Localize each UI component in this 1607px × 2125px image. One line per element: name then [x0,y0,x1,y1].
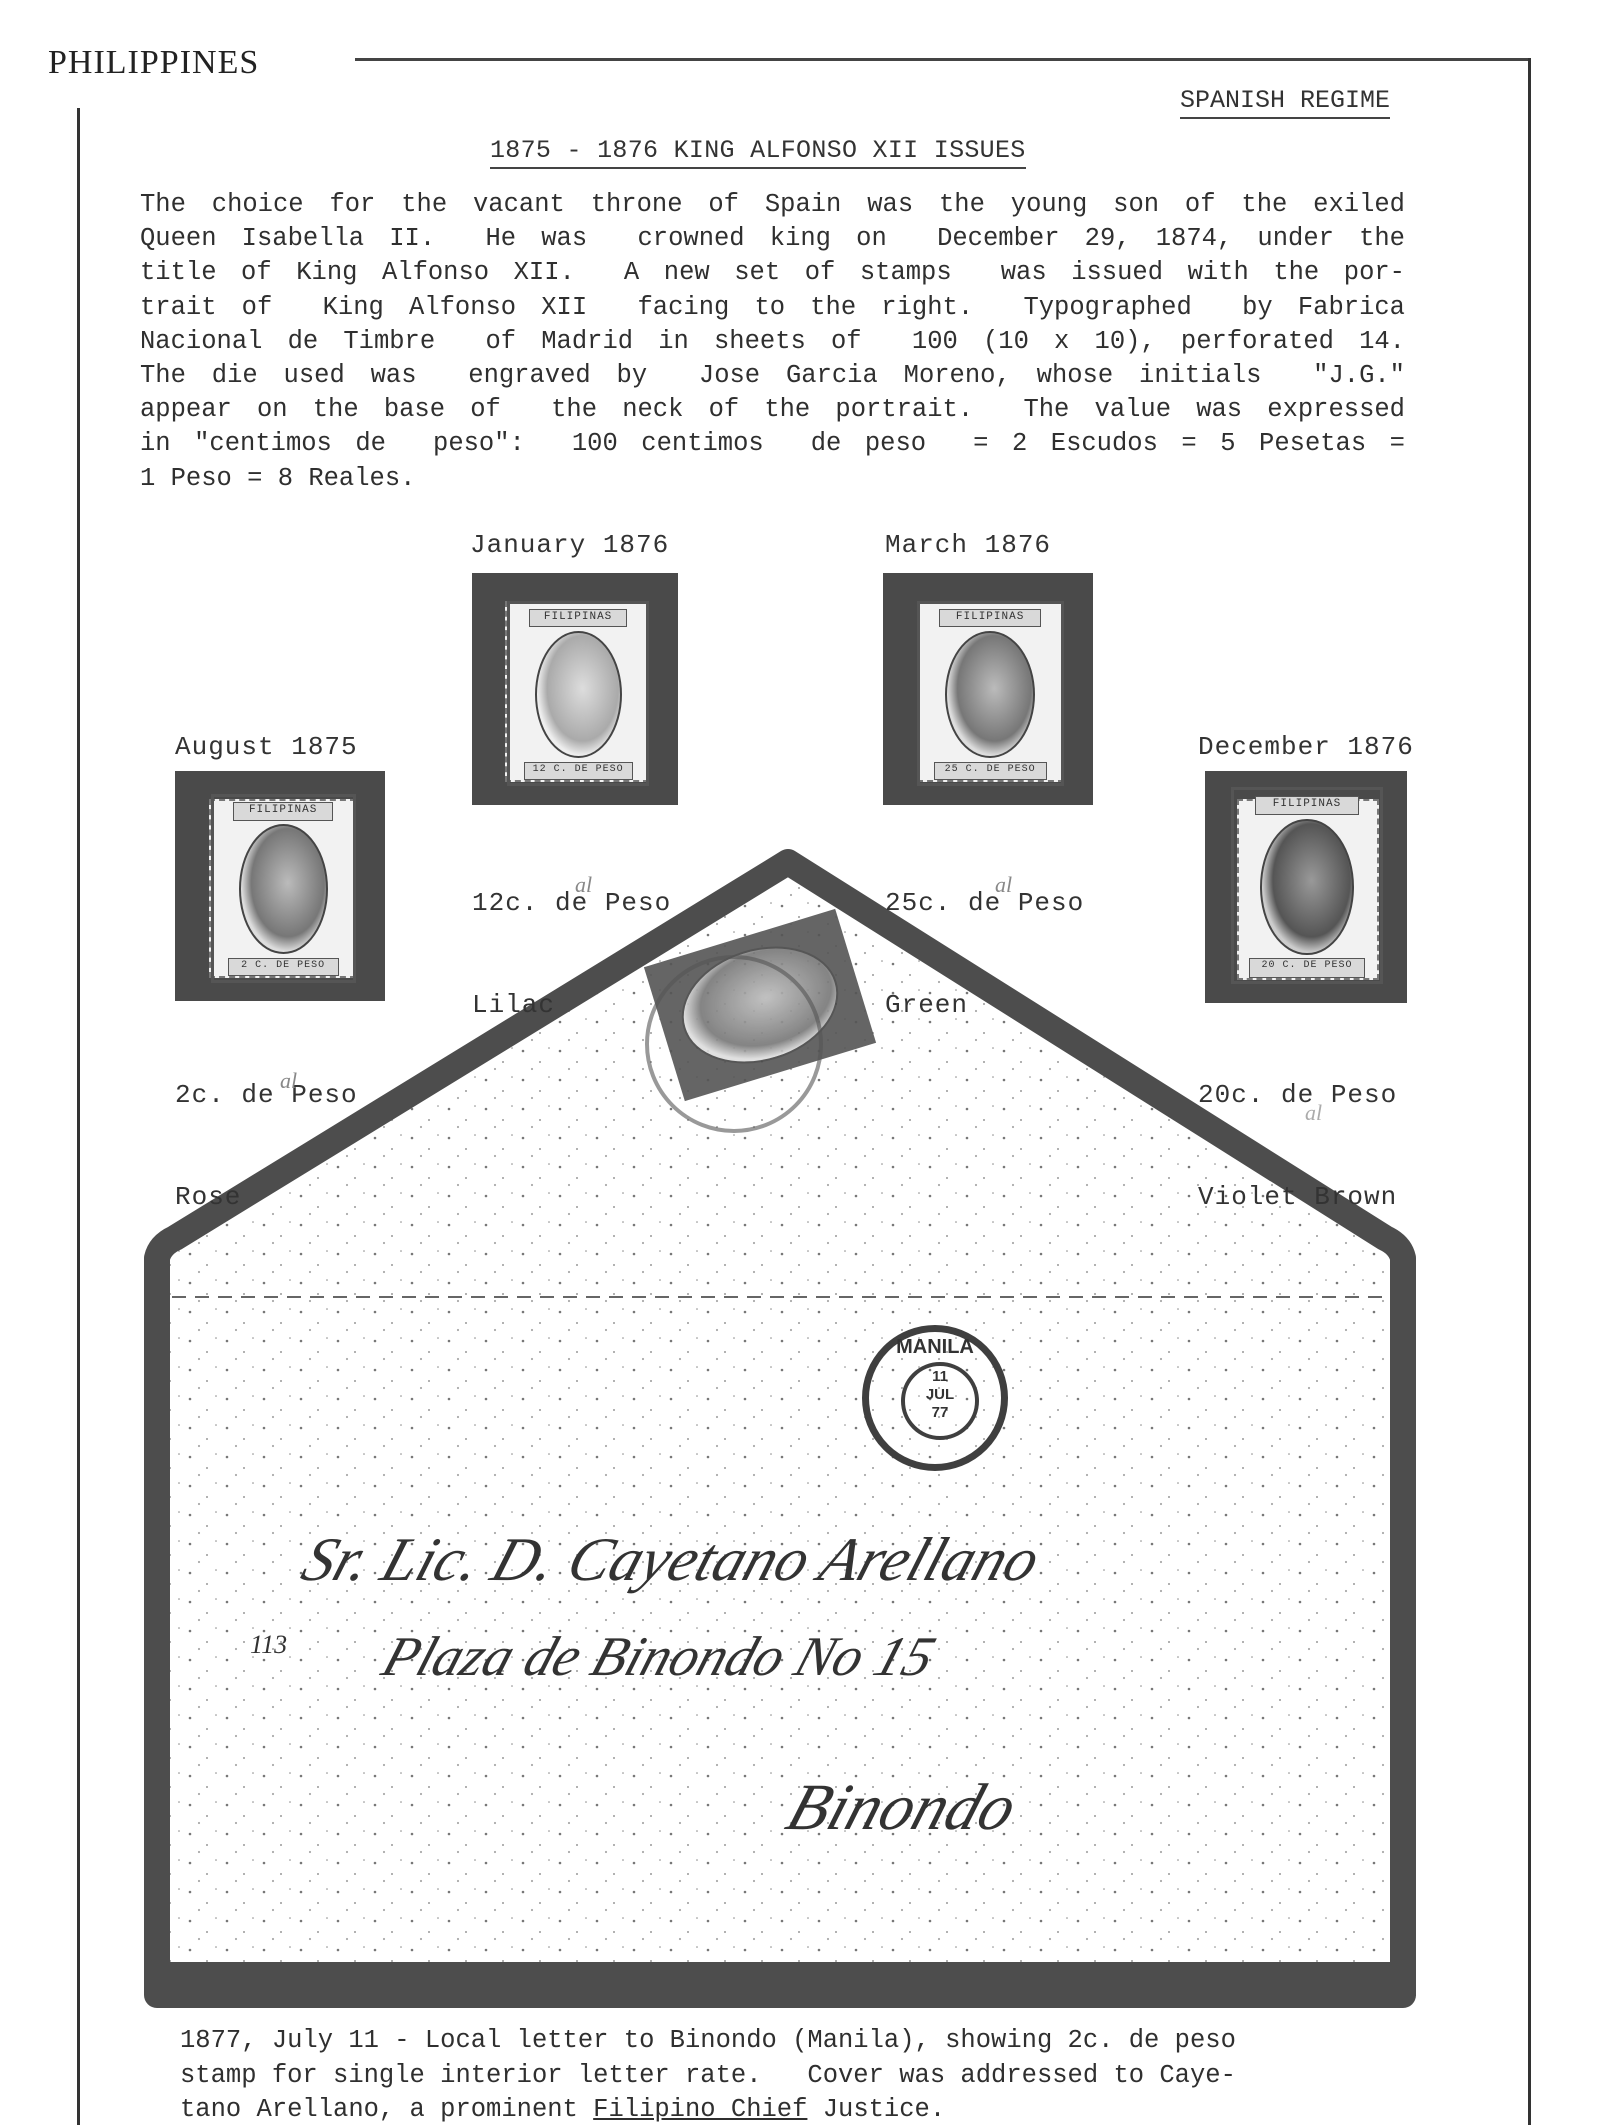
pencil-note: al [1305,1100,1322,1126]
stamp-value-tablet: 2 C. DE PESO [228,958,339,976]
address-line-1: Sr. Lic. D. Cayetano Arellano [293,1525,1048,1596]
stamp-20c-violet-brown: FILIPINAS 20 C. DE PESO [1205,771,1407,1003]
stamp-value-tablet: 12 C. DE PESO [524,762,633,780]
pencil-note: al [995,872,1012,898]
caption-underlined: Filipino Chief [593,2095,807,2124]
portrait-oval [239,824,328,954]
docket-number: 113 [250,1630,287,1660]
postmark-year: 77 [901,1404,979,1422]
stamp-value: 25c. de Peso [885,886,1084,920]
caption-text: tano Arellano, a prominent [180,2095,593,2124]
pencil-note: al [575,872,592,898]
stamp-color: Lilac [472,988,671,1022]
postmark-date: 11 JUL 77 [901,1368,979,1422]
postmark: MANILA 11 JUL 77 [862,1325,1008,1471]
stamp-banner: FILIPINAS [233,802,333,820]
stamp-value: 2c. de Peso [175,1078,358,1112]
stamp-color: Rose [175,1180,358,1214]
stamp-2c-rose: FILIPINAS 2 C. DE PESO [175,771,385,1001]
portrait-oval [535,631,622,759]
caption-line: tano Arellano, a prominent Filipino Chie… [180,2093,1420,2125]
portrait-oval [945,631,1035,759]
stamp-12c-lilac: FILIPINAS 12 C. DE PESO [472,573,678,805]
pencil-note: al [280,1068,297,1094]
stamp-banner: FILIPINAS [939,609,1041,627]
stamp-25c-green: FILIPINAS 25 C. DE PESO [883,573,1093,805]
postmark-town: MANILA [869,1336,1001,1359]
stamp-date: January 1876 [470,530,669,560]
cover-stamp-cancel [645,955,823,1133]
stamp-banner: FILIPINAS [529,609,627,627]
portrait-oval [1260,819,1353,955]
cover-caption: 1877, July 11 - Local letter to Binondo … [180,2024,1420,2125]
stamp-caption: 25c. de Peso Green [885,818,1084,1056]
caption-line: stamp for single interior letter rate. C… [180,2059,1420,2094]
caption-line: 1877, July 11 - Local letter to Binondo … [180,2024,1420,2059]
stamp-caption: 20c. de Peso Violet Brown [1198,1010,1397,1248]
address-line-2: Plaza de Binondo No 15 [375,1625,943,1689]
stamp-date: December 1876 [1198,732,1414,762]
stamp-date: August 1875 [175,732,358,762]
postmark-day: 11 [901,1368,979,1386]
stamp-date: March 1876 [885,530,1051,560]
postmark-month: JUL [901,1386,979,1404]
stamp-value: 20c. de Peso [1198,1078,1397,1112]
stamp-color: Green [885,988,1084,1022]
caption-text: Justice. [807,2095,945,2124]
stamp-color: Violet Brown [1198,1180,1397,1214]
address-line-3: Binondo [778,1770,1026,1846]
stamp-value-tablet: 20 C. DE PESO [1249,958,1365,977]
stamp-caption: 12c. de Peso Lilac [472,818,671,1056]
stamp-caption: 2c. de Peso Rose [175,1010,358,1248]
stamp-banner: FILIPINAS [1255,796,1360,815]
stamp-value: 12c. de Peso [472,886,671,920]
stamp-value-tablet: 25 C. DE PESO [934,762,1047,780]
